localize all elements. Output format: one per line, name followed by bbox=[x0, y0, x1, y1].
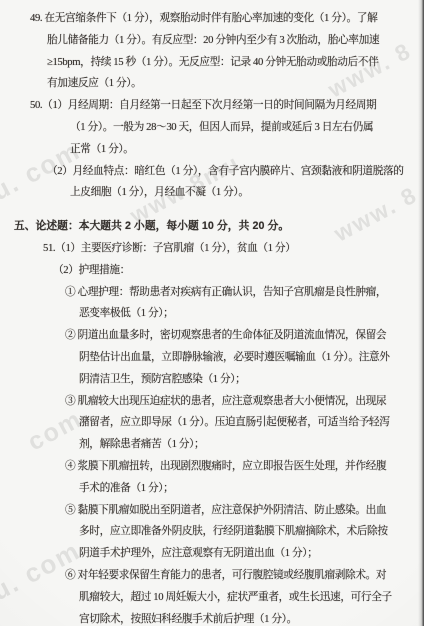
q50-line-2: （1 分）。一般为 28～30 天，但因人而异，提前或延后 3 日左右仍属 bbox=[0, 117, 424, 139]
q51-item-5-line-1: ⑤ 黏膜下肌瘤如脱出至阴道者，应注意保护外阴清洁、防止感染。出血 bbox=[0, 500, 424, 522]
q51-item-3-line-3: 剂，解除患者痛苦（1 分）； bbox=[0, 434, 424, 456]
q51-item-2-line-2: 阴垫估计出血量，立即静脉输液，必要时遵医嘱输血（1 分）。注意外 bbox=[0, 347, 424, 369]
q51-item-1-line-1: ① 心理护理：帮助患者对疾病有正确认识，告知子宫肌瘤是良性肿瘤， bbox=[0, 282, 424, 304]
q51-item-6-line-2: 肌瘤较大，超过 10 周妊娠大小，症状严重者，或生长迅速，可行全子 bbox=[0, 587, 424, 609]
q51-item-4-line-1: ④ 浆膜下肌瘤扭转，出现剧烈腹痛时，应立即报告医生处理，并作经腹 bbox=[0, 456, 424, 478]
q50-line-5: 上皮细胞（1 分），月经血不凝（1 分）。 bbox=[0, 182, 424, 204]
q49-line-2: 胎儿储备能力（1 分）。有反应型：20 分钟内至少有 3 次胎动，胎心率加速 bbox=[0, 30, 424, 52]
q50-line-4: （2）月经血特点：暗红色（1 分），含有子宫内膜碎片、宫颈黏液和阴道脱落的 bbox=[0, 161, 424, 183]
q51-item-5-line-3: 阴道手术护理外，应注意观察有无阴道出血（1 分）； bbox=[0, 543, 424, 565]
q51-item-4-line-2: 手术的准备（1 分）； bbox=[0, 478, 424, 500]
q49-line-4: 有加速反应（1 分）。 bbox=[0, 73, 424, 95]
q51-item-3-line-2: 潴留者，应立即导尿（1 分）。压迫直肠引起便秘者，可适当给予轻泻 bbox=[0, 412, 424, 434]
q51-item-6-line-1: ⑥ 对年轻要求保留生育能力的患者，可行腹腔镜或经腹肌瘤剥除术。对 bbox=[0, 565, 424, 587]
q51-item-3-line-1: ③ 肌瘤较大出现压迫症状的患者，应注意观察患者大小便情况，出现尿 bbox=[0, 391, 424, 413]
q50-line-3: 正常（1 分）。 bbox=[0, 139, 424, 161]
q51-line-1: 51.（1）主要医疗诊断：子宫肌瘤（1 分），贫血（1 分） bbox=[0, 238, 424, 260]
scan-edge-shadow bbox=[418, 0, 424, 626]
q51-item-1-line-2: 恶变率极低（1 分）； bbox=[0, 303, 424, 325]
q51-item-6-line-3: 宫切除术，按照妇科经腹手术前后护理（1 分）。 bbox=[0, 609, 424, 626]
q51-item-2-line-3: 阴清洁卫生，预防宫腔感染（1 分）； bbox=[0, 369, 424, 391]
answer-text-block: 49. 在无宫缩条件下（1 分），观察胎动时伴有胎心率加速的变化（1 分）。了解… bbox=[0, 0, 424, 626]
q50-line-1: 50.（1）月经周期：自月经第一日起至下次月经第一日的时间间隔为月经周期 bbox=[0, 95, 424, 117]
q51-item-5-line-2: 多时，应立即准备外阴皮肤，行经阴道黏膜下肌瘤摘除术，术后除按 bbox=[0, 521, 424, 543]
q49-line-1: 49. 在无宫缩条件下（1 分），观察胎动时伴有胎心率加速的变化（1 分）。了解 bbox=[0, 8, 424, 30]
q51-line-2: （2）护理措施： bbox=[0, 260, 424, 282]
scanned-document-page: u. com www.8mu www. 8 www. 8 com u. com … bbox=[0, 0, 424, 626]
q51-item-2-line-1: ② 阴道出血量多时，密切观察患者的生命体征及阴道流血情况，保留会 bbox=[0, 325, 424, 347]
section-5-heading: 五、论述题：本大题共 2 小题，每小题 10 分，共 20 分。 bbox=[0, 216, 424, 238]
q49-line-3: ≥15bpm，持续 15 秒（1 分）。无反应型：记录 40 分钟无胎动或胎动后… bbox=[0, 52, 424, 74]
